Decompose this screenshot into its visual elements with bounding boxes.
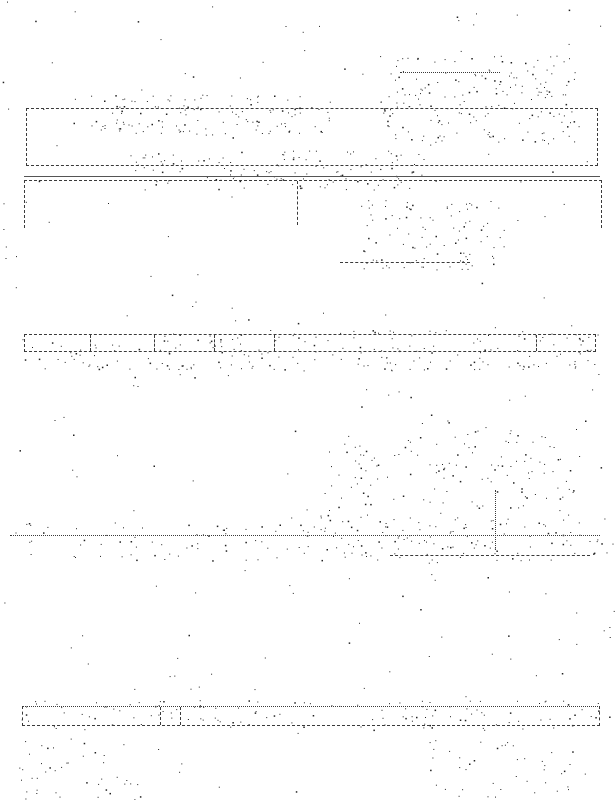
header-underline	[400, 72, 500, 73]
table-cell	[155, 335, 215, 351]
table-strip	[24, 334, 596, 352]
center-rule	[340, 262, 470, 263]
column-divider	[297, 181, 298, 225]
form-box-top	[26, 108, 598, 166]
mid-rule-short	[390, 555, 590, 556]
table-cell	[537, 335, 597, 351]
section-divider	[24, 176, 600, 177]
footer-cell	[23, 707, 161, 725]
form-box-second	[24, 180, 602, 228]
table-cell	[25, 335, 91, 351]
center-vrule	[495, 490, 496, 550]
footer-strip	[22, 706, 600, 726]
footer-cell	[161, 707, 181, 725]
table-cell	[465, 335, 537, 351]
footer-cell	[561, 707, 601, 725]
table-cell	[91, 335, 155, 351]
mid-rule	[10, 535, 600, 536]
table-cell	[215, 335, 275, 351]
footer-cell	[181, 707, 561, 725]
